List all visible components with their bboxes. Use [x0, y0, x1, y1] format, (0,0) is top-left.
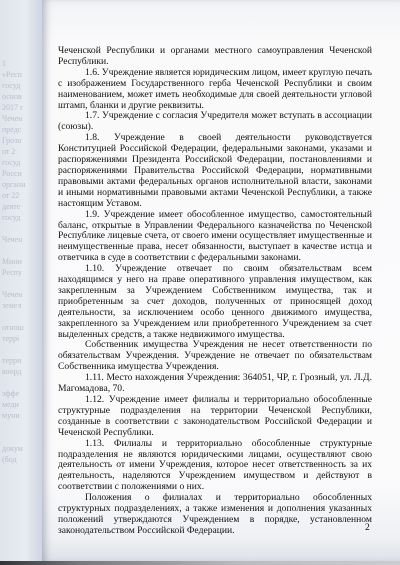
ghost-line: предс [2, 124, 38, 135]
ghost-line: деяте [2, 201, 38, 212]
paragraph-1-8: 1.8. Учреждение в своей деятельности рук… [58, 133, 372, 209]
ghost-line: от 2 [2, 146, 38, 157]
document-body: Чеченской Республики и органами местного… [58, 46, 372, 537]
paragraph-1-12: 1.12. Учреждение имеет филиалы и террито… [58, 395, 372, 439]
paragraph-continuation: Чеченской Республики и органами местного… [58, 46, 372, 68]
ghost-line: госуд [2, 212, 38, 223]
ghost-line [2, 278, 38, 289]
ghost-line [2, 432, 38, 443]
ghost-line [2, 223, 38, 234]
page-bottom-edge [0, 561, 400, 565]
paragraph-1-7: 1.7. Учреждение с согласия Учредителя мо… [58, 111, 372, 133]
ghost-line: Росси [2, 168, 38, 179]
ghost-line [2, 245, 38, 256]
binder-shadow-strip: 1«Респгосудоснов2017 гЧеченпредсГрознот … [0, 0, 42, 565]
ghost-line: Грозн [2, 135, 38, 146]
ghost-line: эффе [2, 388, 38, 399]
paragraph-1-6: 1.6. Учреждение является юридическим лиц… [58, 68, 372, 112]
ghost-line: от 22 [2, 190, 38, 201]
ghost-line: (бод [2, 454, 38, 465]
ghost-line: террі [2, 333, 38, 344]
ghost-line: 2017 г [2, 102, 38, 113]
ghost-line: отнош [2, 322, 38, 333]
ghost-line: меди [2, 399, 38, 410]
ghost-line [2, 344, 38, 355]
paragraph-1-13-provisions: Положения о филиалах и территориально об… [58, 493, 372, 537]
ghost-line: коорд [2, 366, 38, 377]
ghost-line: госуд [2, 80, 38, 91]
ghost-line: земел [2, 300, 38, 311]
ghost-line: муни [2, 410, 38, 421]
ghost-line: «Респ [2, 69, 38, 80]
ghost-line: Чечен [2, 113, 38, 124]
paragraph-1-9: 1.9. Учреждение имеет обособленное имуще… [58, 210, 372, 265]
ghost-line [2, 311, 38, 322]
paragraph-1-11: 1.11. Место нахождения Учреждения: 36405… [58, 373, 372, 395]
ghost-line: терри [2, 355, 38, 366]
ghost-line: Чечен [2, 289, 38, 300]
ghost-line: госуд [2, 157, 38, 168]
ghost-line: основ [2, 91, 38, 102]
paragraph-1-10-owner: Собственник имущества Учреждения не несе… [58, 340, 372, 373]
ghost-line: Чечен [2, 234, 38, 245]
paragraph-1-10: 1.10. Учреждение отвечает по своим обяза… [58, 264, 372, 340]
ghost-line: 1 [2, 58, 38, 69]
ghost-line [2, 421, 38, 432]
ghost-line: Респу [2, 267, 38, 278]
ghost-line: Мини [2, 256, 38, 267]
page-number: 2 [365, 522, 370, 533]
paragraph-1-13: 1.13. Филиалы и территориально обособлен… [58, 439, 372, 494]
ghost-line: докум [2, 443, 38, 454]
margin-bleed-through-text: 1«Респгосудоснов2017 гЧеченпредсГрознот … [2, 58, 38, 465]
ghost-line: органи [2, 179, 38, 190]
ghost-line [2, 377, 38, 388]
